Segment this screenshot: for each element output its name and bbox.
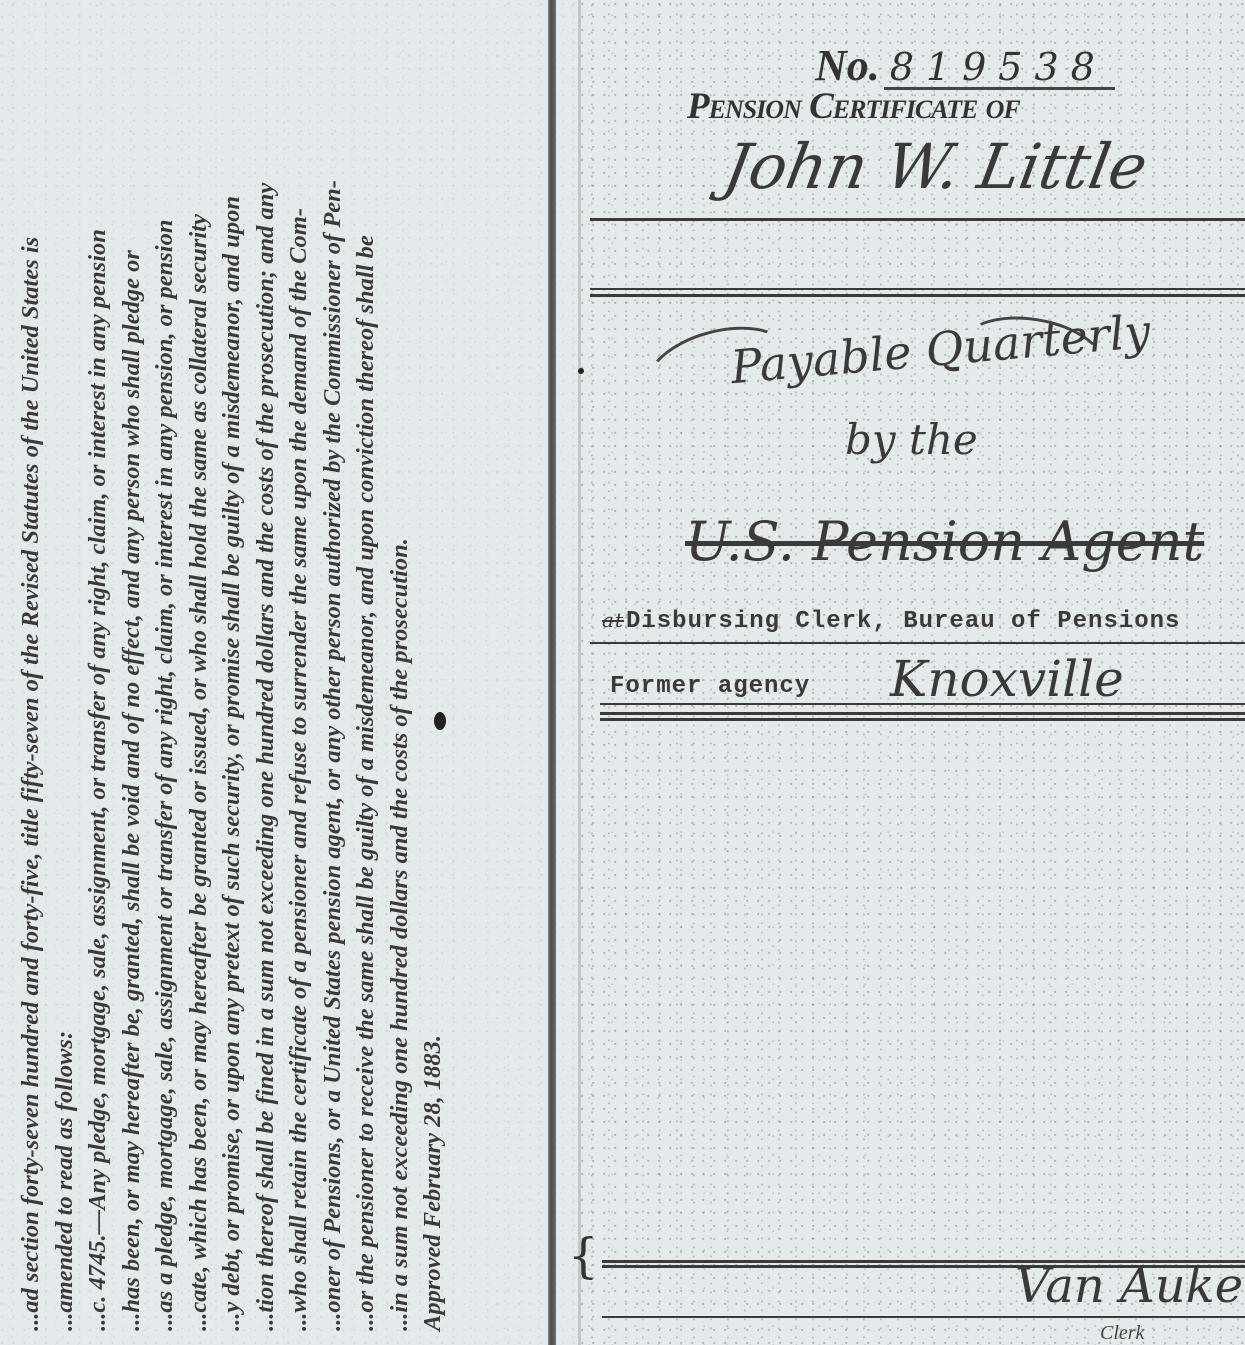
former-agency-label: Former agency [610,673,810,700]
disbursing-clerk-line: atDisbursing Clerk, Bureau of Pensions [602,608,1180,635]
legal-line: ...cate, which has been, or may hereafte… [182,45,216,1331]
legal-line: ...who shall retain the certificate of a… [282,45,316,1331]
ink-spot [578,368,584,374]
clerk-signature: Van Auken [1015,1258,1245,1314]
page-fold [548,0,556,1345]
number-label: No. [815,41,880,90]
bracket-mark: { [568,1228,599,1284]
approval-date: Approved February 28, 1883. [416,45,450,1331]
certificate-title: Pension Certificate of [687,85,1020,128]
certificate-number: No.819538 [815,40,1115,91]
legal-line: ...in a sum not exceeding one hundred do… [383,45,417,1331]
disbursing-clerk-text: Disbursing Clerk, Bureau of Pensions [626,608,1180,635]
legal-line: ...as a pledge, mortgage, sale, assignme… [148,45,182,1331]
legal-line: ...or the pensioner to receive the same … [349,45,383,1331]
former-agency-underline [600,703,1245,705]
pensioner-name: John W. Little [719,130,1153,203]
disbursing-underline [590,642,1245,644]
legal-line: ...ad section forty-seven hundred and fo… [14,45,48,1331]
pension-certificate: No.819538 Pension Certificate of John W.… [590,0,1245,1345]
legal-notice-rotated: ...ad section forty-seven hundred and fo… [0,45,420,1345]
legal-line: ...y debt, or promise, or upon any prete… [215,45,249,1331]
legal-line: ...tion thereof shall be fined in a sum … [249,45,283,1331]
number-value: 819538 [884,47,1115,90]
by-the: by the [845,415,978,464]
divider [590,288,1245,290]
page-fold-shadow [578,0,581,1345]
divider-double-bottom [600,712,1245,721]
struck-word: at [602,608,624,632]
legal-line: ...oner of Pensions, or a United States … [316,45,350,1331]
former-agency-value: Knoxville [890,650,1124,708]
signature-line [602,1316,1245,1318]
legal-line: ...has been, or may hereafter be, grante… [115,45,149,1331]
pension-agent-struck: U.S. Pension Agent [685,510,1204,573]
legal-line: ...amended to read as follows: [48,45,82,1331]
legal-line: ...c. 4745.—Any pledge, mortgage, sale, … [81,45,115,1331]
ink-spot [434,712,446,730]
clerk-label: Clerk [1100,1322,1144,1345]
divider-double [590,294,1245,302]
name-underline [590,218,1245,221]
